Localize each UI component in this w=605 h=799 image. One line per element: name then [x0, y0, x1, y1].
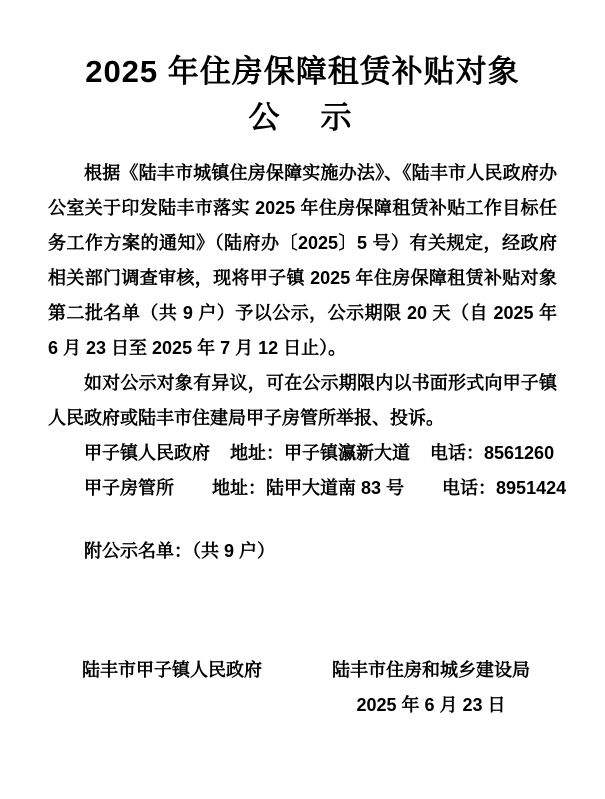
contact-org-name: 甲子房管所: [84, 478, 174, 498]
signature-right-org: 陆丰市住房和城乡建设局: [332, 653, 530, 688]
contact-line-town-government: 甲子镇人民政府地址：甲子镇瀛新大道电话：8561260: [84, 436, 557, 471]
contact-phone: 电话：8561260: [430, 443, 554, 463]
contact-address: 地址：甲子镇瀛新大道: [230, 443, 410, 463]
contact-line-housing-office: 甲子房管所地址：陆甲大道南 83 号电话：8951424: [84, 471, 557, 506]
document-title-line1: 2025 年住房保障租赁补贴对象: [48, 50, 557, 94]
document-title-line2: 公 示: [48, 96, 557, 140]
announcement-document: 2025 年住房保障租赁补贴对象 公 示 根据《陆丰市城镇住房保障实施办法》、《…: [0, 0, 605, 799]
paragraph-legal-basis: 根据《陆丰市城镇住房保障实施办法》、《陆丰市人民政府办公室关于印发陆丰市落实 2…: [48, 156, 557, 366]
signature-right-block: 陆丰市住房和城乡建设局 2025 年 6 月 23 日: [332, 653, 530, 723]
contact-org-name: 甲子镇人民政府: [84, 443, 210, 463]
signature-row: 陆丰市甲子镇人民政府 陆丰市住房和城乡建设局 2025 年 6 月 23 日: [48, 653, 557, 723]
attachment-note: 附公示名单：（共 9 户）: [84, 534, 557, 569]
contact-phone: 电话：8951424: [442, 478, 566, 498]
contact-address: 地址：陆甲大道南 83 号: [212, 478, 404, 498]
signature-date: 2025 年 6 月 23 日: [332, 688, 530, 723]
signature-left-org: 陆丰市甲子镇人民政府: [82, 653, 262, 688]
paragraph-objection-instructions: 如对公示对象有异议，可在公示期限内以书面形式向甲子镇人民政府或陆丰市住建局甲子房…: [48, 366, 557, 436]
